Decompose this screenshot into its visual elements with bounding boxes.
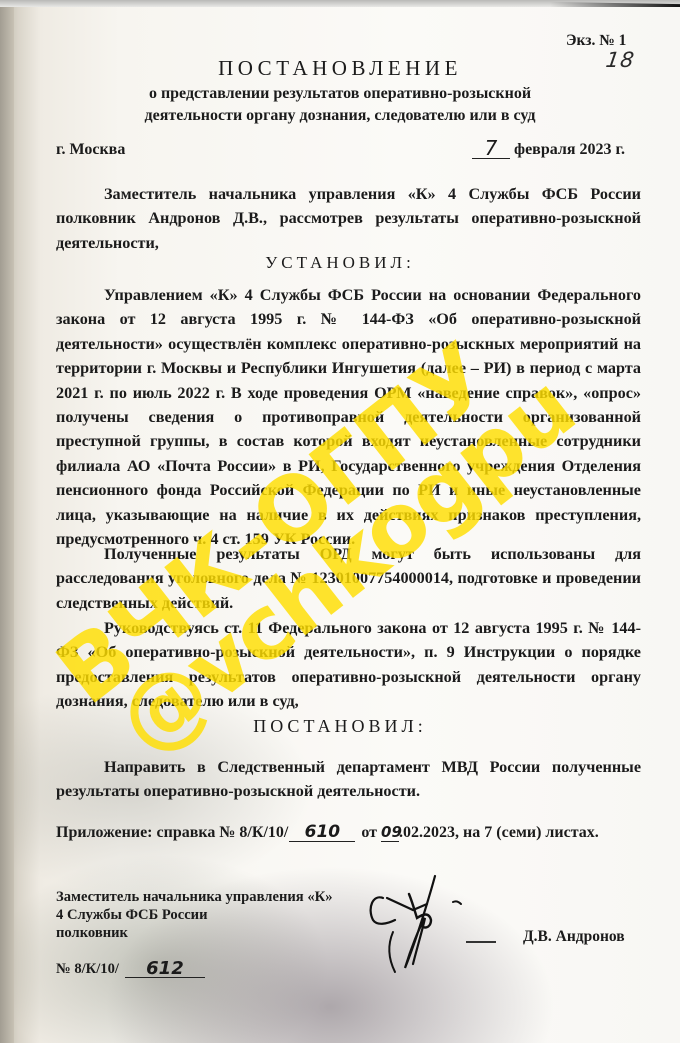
signatory-position-line-1: Заместитель начальника управления «К»	[56, 888, 333, 906]
signature-line	[466, 941, 496, 943]
attachment-from-label: от	[361, 824, 377, 842]
signatory-position-line-2: 4 Службы ФСБ России	[56, 906, 333, 924]
signatory-position: Заместитель начальника управления «К» 4 …	[56, 888, 333, 942]
signatory-name: Д.В. Андронов	[523, 928, 625, 946]
document-subtitle-line-1: о представлении результатов оперативно-р…	[0, 83, 680, 105]
resolution-paragraph: Направить в Следственный департамент МВД…	[56, 755, 641, 804]
heading-established: УСТАНОВИЛ:	[0, 253, 680, 273]
handwritten-attachment-day: 09	[381, 824, 399, 842]
attachment-suffix: .02.2023, на 7 (семи) листах.	[399, 824, 599, 842]
handwritten-date-day: 7	[472, 138, 510, 159]
city: г. Москва	[56, 141, 125, 159]
intro-paragraph: Заместитель начальника управления «К» 4 …	[56, 182, 641, 255]
established-paragraph-3: Руководствуясь ст. 11 Федерального закон…	[56, 616, 641, 714]
established-paragraph-2: Полученные результаты ОРД могут быть исп…	[56, 542, 641, 615]
handwritten-signature-icon	[365, 868, 505, 978]
attachment-line: Приложение: справка № 8/К/10/ 610 от 09 …	[56, 824, 599, 842]
signatory-position-line-3: полковник	[56, 924, 333, 942]
document-title: ПОСТАНОВЛЕНИЕ	[0, 56, 680, 81]
registration-prefix: № 8/К/10/	[56, 961, 119, 978]
document-subtitle-line-2: деятельности органу дознания, следовател…	[0, 105, 680, 127]
attachment-prefix: Приложение: справка № 8/К/10/	[56, 824, 288, 842]
handwritten-attachment-number: 610	[289, 824, 355, 842]
date-month-year: февраля 2023 г.	[514, 141, 625, 159]
registration-number: № 8/К/10/ 612	[56, 960, 205, 978]
document-date: 7 февраля 2023 г.	[472, 138, 625, 159]
established-paragraph-1: Управлением «К» 4 Службы ФСБ России на о…	[56, 283, 641, 551]
heading-resolved: ПОСТАНОВИЛ:	[0, 716, 680, 737]
page-left-edge	[0, 7, 14, 1043]
handwritten-registration-number: 612	[125, 960, 205, 978]
